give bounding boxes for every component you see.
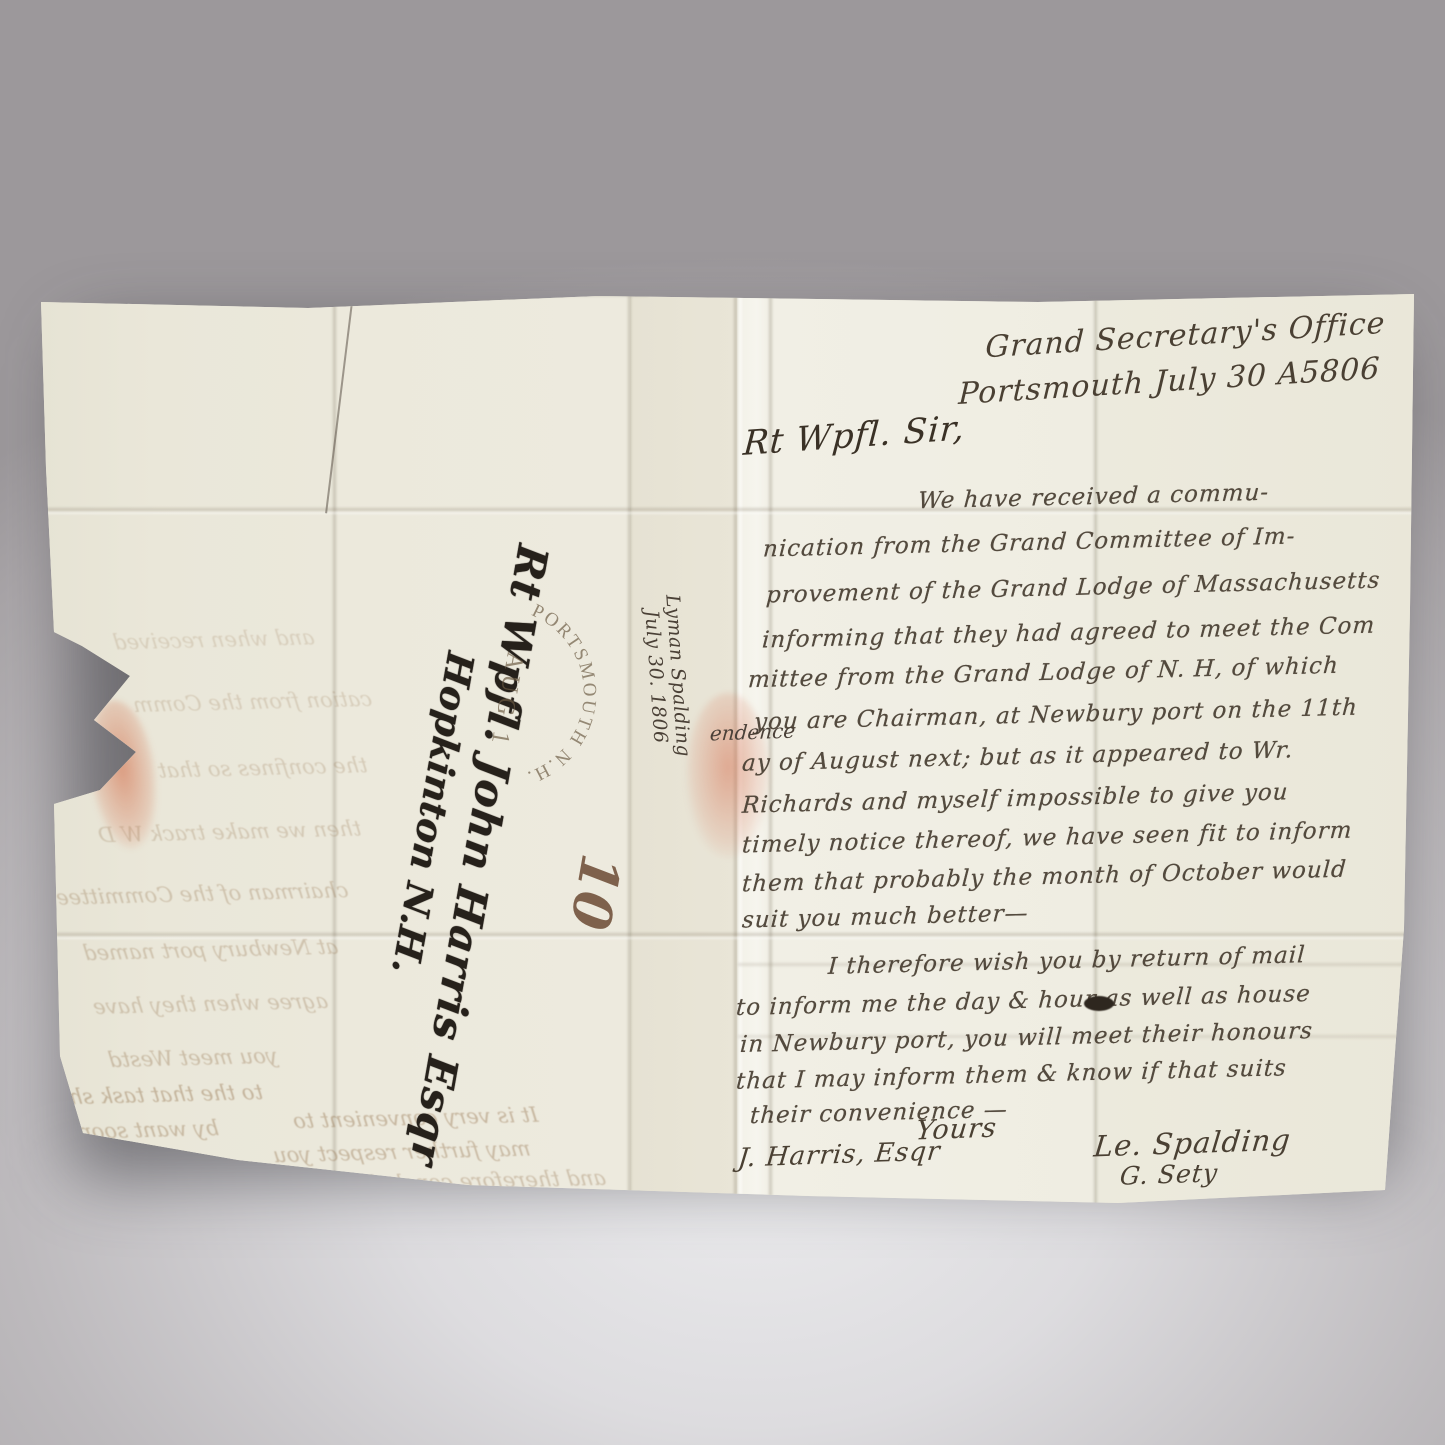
vertical-fold <box>628 288 631 1207</box>
signature-title: G. Sety <box>1118 1158 1219 1191</box>
ink-blot <box>1084 996 1114 1011</box>
crease-highlight <box>38 512 1418 514</box>
photo-of-1806-folded-letter: { "colors": { "background_gray": "#b3afb… <box>0 0 1445 1445</box>
horizontal-crease <box>38 933 1418 936</box>
signature-name: Le. Spalding <box>1092 1122 1292 1163</box>
horizontal-crease <box>38 508 1418 511</box>
postage-rate-mark: 10 <box>558 849 634 934</box>
letter-paper: endence and when received cation from th… <box>38 288 1418 1207</box>
bleedthrough-line: you meet Westd <box>107 1044 279 1072</box>
postmark-date: AUG 1 <box>485 650 529 751</box>
paper-top-edge-shadow <box>338 288 648 295</box>
